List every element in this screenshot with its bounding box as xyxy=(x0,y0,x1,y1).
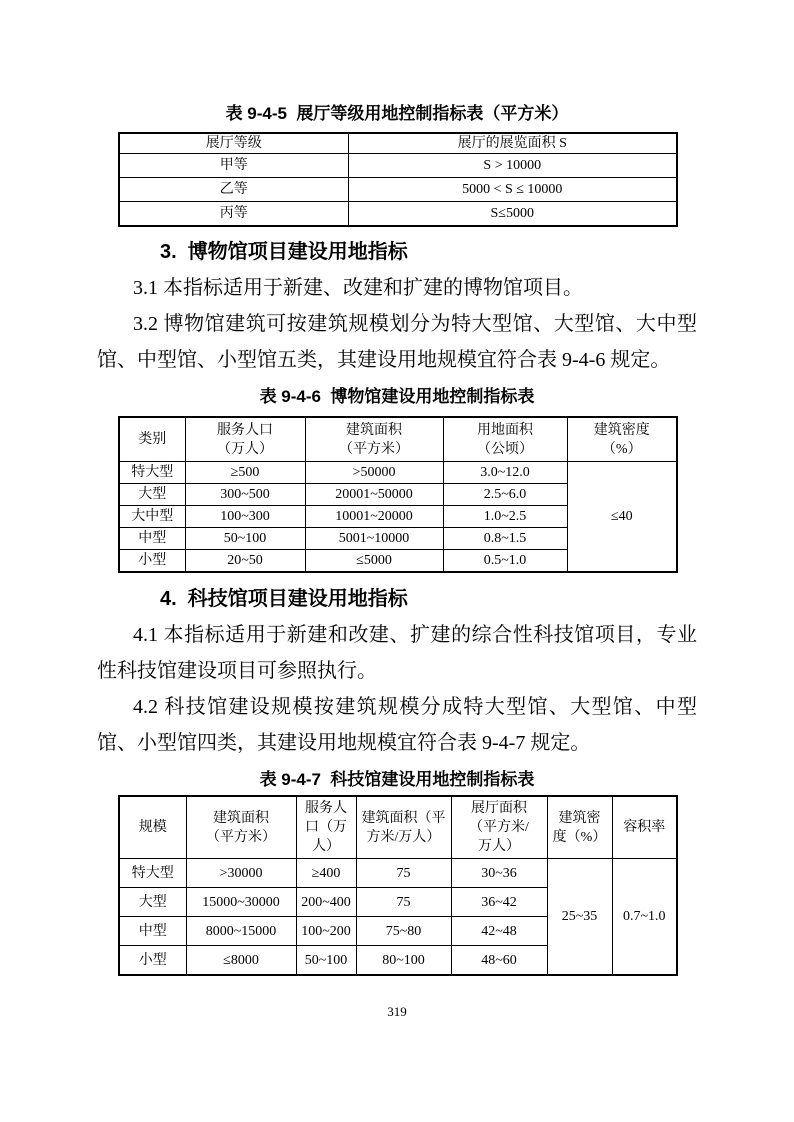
table-header-cell: 服务人 口（万 人） xyxy=(296,796,356,859)
table-header-cell: 规模 xyxy=(119,796,186,859)
table-cell: ≤8000 xyxy=(186,946,296,976)
table-cell: 乙等 xyxy=(119,178,348,202)
table-cell: 特大型 xyxy=(119,859,186,888)
table-header-row: 规模 建筑面积 （平方米） 服务人 口（万 人） 建筑面积（平 方米/万人） 展… xyxy=(119,796,677,859)
table-cell: 50~100 xyxy=(185,528,305,550)
table-cell: 特大型 xyxy=(119,462,185,484)
table-row: 甲等 S > 10000 xyxy=(119,154,677,178)
table-cell: 1.0~2.5 xyxy=(443,506,567,528)
table-cell: 50~100 xyxy=(296,946,356,976)
table-cell: 200~400 xyxy=(296,888,356,917)
table-947: 规模 建筑面积 （平方米） 服务人 口（万 人） 建筑面积（平 方米/万人） 展… xyxy=(118,795,678,976)
table-header-cell: 类别 xyxy=(119,417,185,462)
paragraph-3-2: 3.2 博物馆建筑可按建筑规模划分为特大型馆、大型馆、大中型馆、中型馆、小型馆五… xyxy=(97,306,697,378)
table-cell: 小型 xyxy=(119,550,185,573)
section-3-heading: 3. 博物馆项目建设用地指标 xyxy=(160,234,794,270)
table-945: 展厅等级 展厅的展览面积 S 甲等 S > 10000 乙等 5000 < S … xyxy=(118,132,678,227)
page-number: 319 xyxy=(0,1004,794,1020)
table-cell: 小型 xyxy=(119,946,186,976)
table-cell: 5000 < S ≤ 10000 xyxy=(348,178,677,202)
table-row: 丙等 S≤5000 xyxy=(119,202,677,227)
paragraph-4-2: 4.2 科技馆建设规模按建筑规模分成特大型馆、大型馆、中型馆、小型馆四类，其建设… xyxy=(97,689,697,761)
table-cell: 100~200 xyxy=(296,917,356,946)
table-945-title: 表 9-4-5 展厅等级用地控制指标表（平方米） xyxy=(0,103,794,125)
table-cell: 75 xyxy=(356,859,451,888)
table-cell: 中型 xyxy=(119,528,185,550)
paragraph-3-1: 3.1 本指标适用于新建、改建和扩建的博物馆项目。 xyxy=(97,270,697,306)
paragraph-4-1: 4.1 本指标适用于新建和改建、扩建的综合性科技馆项目，专业性科技馆建设项目可参… xyxy=(97,617,697,689)
table-cell: 100~300 xyxy=(185,506,305,528)
table-row: 特大型 ≥500 >50000 3.0~12.0 ≤40 xyxy=(119,462,677,484)
table-cell: S≤5000 xyxy=(348,202,677,227)
table-cell: 30~36 xyxy=(451,859,547,888)
table-header-cell: 展厅的展览面积 S xyxy=(348,133,677,154)
table-946-title: 表 9-4-6 博物馆建设用地控制指标表 xyxy=(0,386,794,408)
table-cell: ≥500 xyxy=(185,462,305,484)
table-header-cell: 建筑面积 （平方米） xyxy=(305,417,443,462)
table-cell: 大型 xyxy=(119,484,185,506)
table-cell: >30000 xyxy=(186,859,296,888)
table-cell: 丙等 xyxy=(119,202,348,227)
table-947-title: 表 9-4-7 科技馆建设用地控制指标表 xyxy=(0,769,794,791)
table-cell: 15000~30000 xyxy=(186,888,296,917)
table-header-cell: 建筑面积 （平方米） xyxy=(186,796,296,859)
table-cell: 大型 xyxy=(119,888,186,917)
table-header-cell: 服务人口 （万人） xyxy=(185,417,305,462)
table-cell: 75~80 xyxy=(356,917,451,946)
table-cell: 大中型 xyxy=(119,506,185,528)
table-946: 类别 服务人口 （万人） 建筑面积 （平方米） 用地面积 （公顷） 建筑密度 （… xyxy=(118,416,678,573)
table-header-cell: 容积率 xyxy=(612,796,677,859)
table-cell: S > 10000 xyxy=(348,154,677,178)
table-header-cell: 建筑面积（平 方米/万人） xyxy=(356,796,451,859)
merged-far-cell: 0.7~1.0 xyxy=(612,859,677,976)
table-cell: 300~500 xyxy=(185,484,305,506)
table-header-cell: 展厅面积 （平方米/ 万人） xyxy=(451,796,547,859)
table-cell: 5001~10000 xyxy=(305,528,443,550)
table-cell: 甲等 xyxy=(119,154,348,178)
table-cell: 0.5~1.0 xyxy=(443,550,567,573)
document-page: 表 9-4-5 展厅等级用地控制指标表（平方米） 展厅等级 展厅的展览面积 S … xyxy=(0,0,794,1122)
table-cell: 48~60 xyxy=(451,946,547,976)
table-cell: 42~48 xyxy=(451,917,547,946)
table-cell: 10001~20000 xyxy=(305,506,443,528)
table-row: 特大型 >30000 ≥400 75 30~36 25~35 0.7~1.0 xyxy=(119,859,677,888)
table-header-row: 展厅等级 展厅的展览面积 S xyxy=(119,133,677,154)
table-cell: 0.8~1.5 xyxy=(443,528,567,550)
table-row: 乙等 5000 < S ≤ 10000 xyxy=(119,178,677,202)
table-cell: ≥400 xyxy=(296,859,356,888)
table-cell: 75 xyxy=(356,888,451,917)
table-cell: 2.5~6.0 xyxy=(443,484,567,506)
merged-density-cell: ≤40 xyxy=(567,462,677,573)
table-cell: 80~100 xyxy=(356,946,451,976)
table-header-row: 类别 服务人口 （万人） 建筑面积 （平方米） 用地面积 （公顷） 建筑密度 （… xyxy=(119,417,677,462)
section-4-heading: 4. 科技馆项目建设用地指标 xyxy=(160,581,794,617)
table-cell: 20~50 xyxy=(185,550,305,573)
table-cell: 3.0~12.0 xyxy=(443,462,567,484)
table-cell: 中型 xyxy=(119,917,186,946)
table-cell: 36~42 xyxy=(451,888,547,917)
table-cell: 8000~15000 xyxy=(186,917,296,946)
table-cell: >50000 xyxy=(305,462,443,484)
table-header-cell: 用地面积 （公顷） xyxy=(443,417,567,462)
table-cell: ≤5000 xyxy=(305,550,443,573)
table-header-cell: 建筑密 度（%） xyxy=(547,796,612,859)
merged-density-cell: 25~35 xyxy=(547,859,612,976)
table-header-cell: 建筑密度 （%） xyxy=(567,417,677,462)
table-header-cell: 展厅等级 xyxy=(119,133,348,154)
table-cell: 20001~50000 xyxy=(305,484,443,506)
